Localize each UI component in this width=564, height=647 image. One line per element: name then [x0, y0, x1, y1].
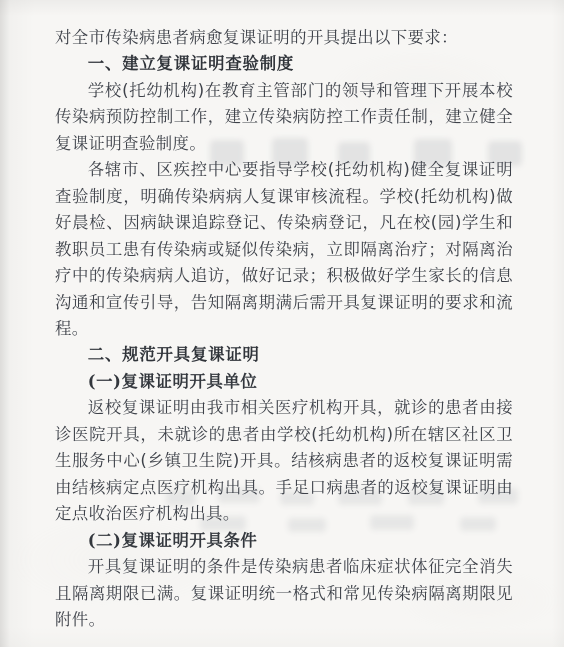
scanned-document-page: 对全市传染病患者病愈复课证明的开具提出以下要求： 一、建立复课证明查验制度 学校…	[0, 0, 564, 647]
section-heading-2: 二、规范开具复课证明	[55, 342, 513, 368]
paragraph: 学校(托幼机构)在教育主管部门的领导和管理下开展本校传染病预防控制工作，建立传染…	[55, 78, 513, 157]
paragraph-continuation: 对全市传染病患者病愈复课证明的开具提出以下要求：	[55, 25, 513, 51]
subsection-heading-1: (一)复课证明开具单位	[55, 369, 513, 395]
subsection-heading-2: (二)复课证明开具条件	[55, 528, 513, 554]
paragraph: 开具复课证明的条件是传染病患者临床症状体征完全消失且隔离期限已满。复课证明统一格…	[55, 554, 513, 633]
paragraph: 各辖市、区疾控中心要指导学校(托幼机构)健全复课证明查验制度，明确传染病病人复课…	[55, 157, 513, 342]
paragraph: 返校复课证明由我市相关医疗机构开具，就诊的患者由接诊医院开具，未就诊的患者由学校…	[55, 395, 513, 527]
document-body: 对全市传染病患者病愈复课证明的开具提出以下要求： 一、建立复课证明查验制度 学校…	[55, 25, 513, 633]
section-heading-1: 一、建立复课证明查验制度	[55, 51, 513, 77]
